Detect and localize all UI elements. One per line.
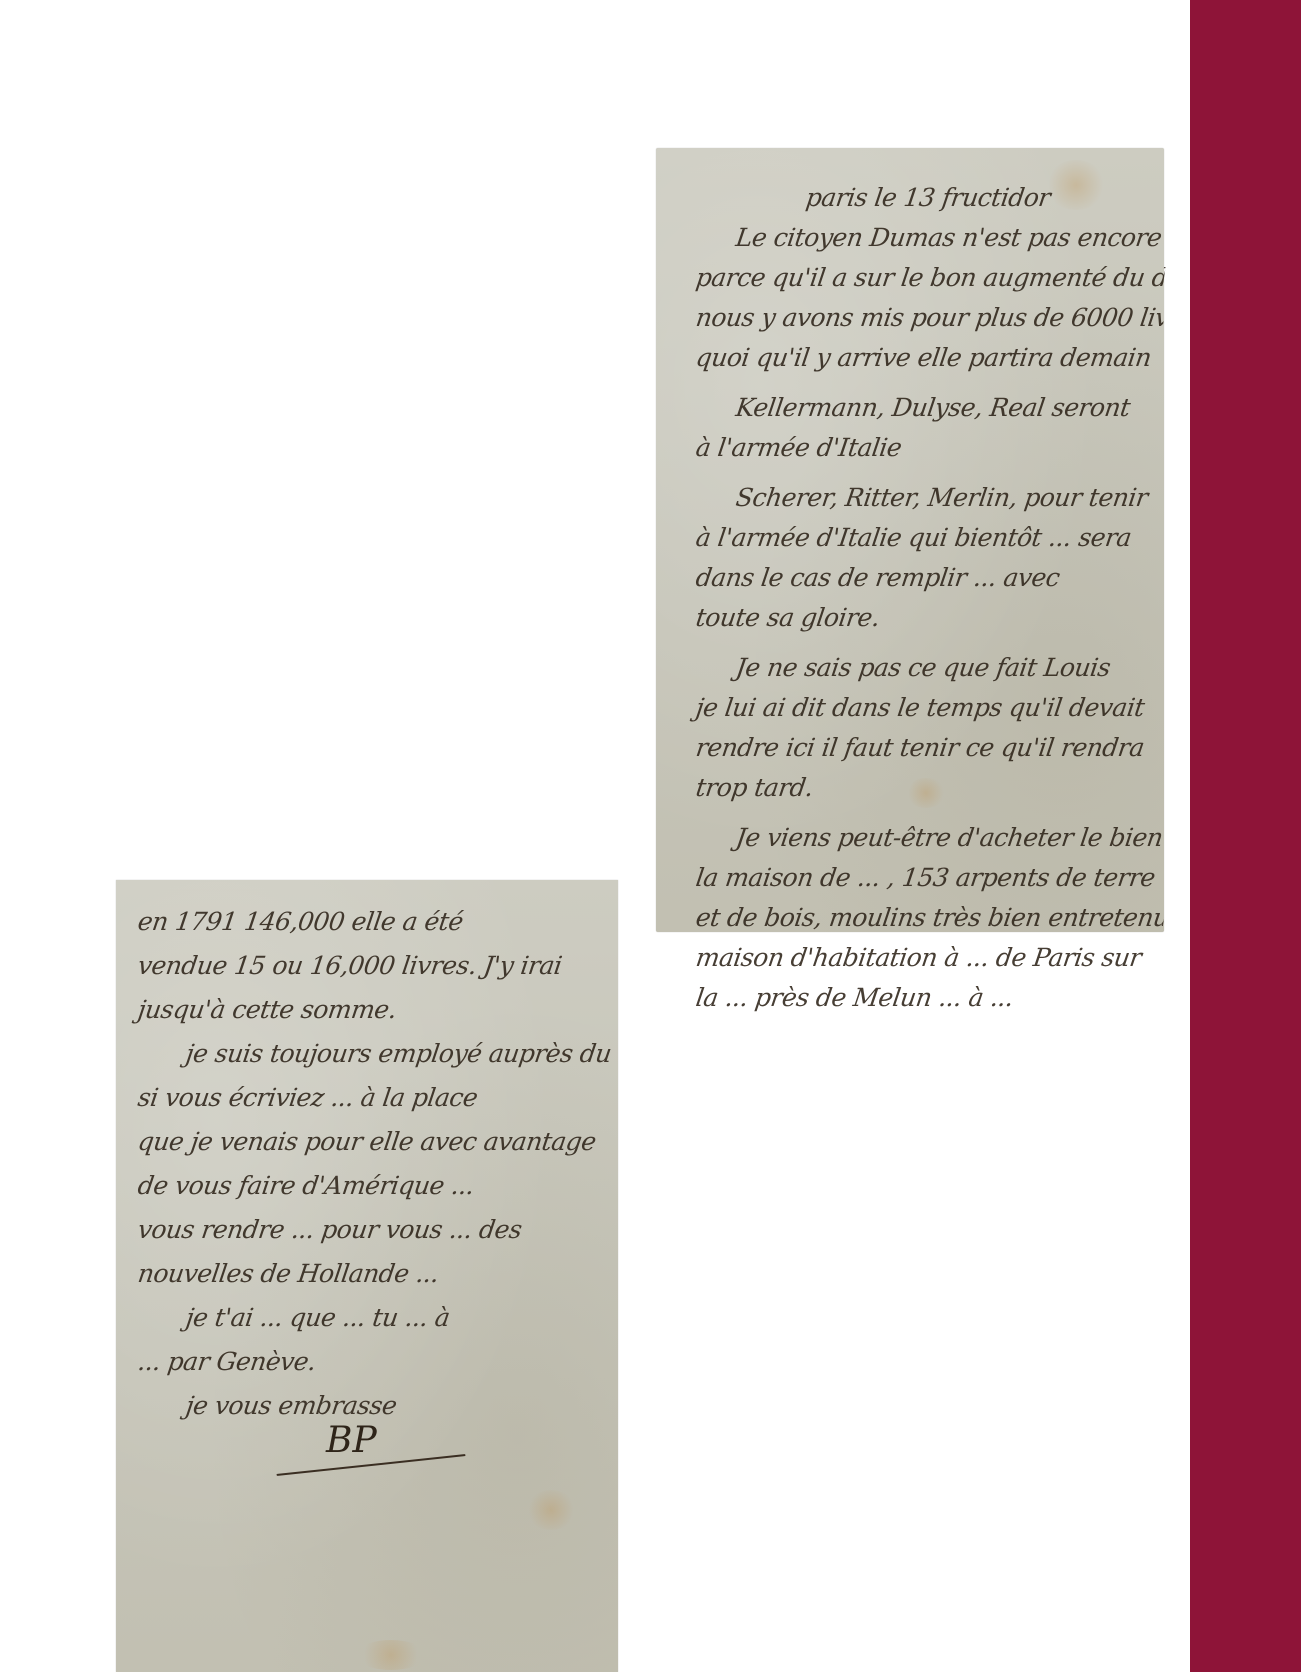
- handwritten-line: vous rendre ... pour vous ... des: [113, 1208, 621, 1252]
- handwritten-line: vendue 15 ou 16,000 livres. J'y irai: [113, 944, 621, 988]
- signature-initials: BP: [326, 1420, 377, 1461]
- handwritten-line: que je venais pour elle avec avantage: [113, 1120, 621, 1164]
- handwritten-line: je suis toujours employé auprès du minis…: [113, 1032, 621, 1076]
- handwritten-line: maison d'habitation à ... de Paris sur: [653, 938, 1167, 978]
- handwritten-text: en 1791 146,000 elle a été vendue 15 ou …: [116, 900, 618, 1428]
- handwritten-line: parce qu'il a sur le bon augmenté du dou…: [653, 258, 1167, 298]
- handwritten-line: nous y avons mis pour plus de 6000 livre…: [653, 298, 1167, 338]
- handwritten-line: trop tard.: [653, 768, 1167, 808]
- handwritten-line: je t'ai ... que ... tu ... à: [113, 1296, 621, 1340]
- handwritten-line: la ... près de Melun ... à ...: [653, 978, 1167, 1018]
- manuscript-page-right: paris le 13 fructidor Le citoyen Dumas n…: [656, 148, 1164, 932]
- paper-stain: [526, 1490, 576, 1530]
- handwritten-line: à l'armée d'Italie: [653, 428, 1167, 468]
- handwritten-line: jusqu'à cette somme.: [113, 988, 621, 1032]
- handwritten-line: ... par Genève.: [113, 1340, 621, 1384]
- signature: BP: [276, 1420, 476, 1490]
- handwritten-line: rendre ici il faut tenir ce qu'il rendra: [653, 728, 1167, 768]
- handwritten-line: je lui ai dit dans le temps qu'il devait: [653, 688, 1167, 728]
- handwritten-line: en 1791 146,000 elle a été: [113, 900, 621, 944]
- manuscript-page-left: en 1791 146,000 elle a été vendue 15 ou …: [116, 880, 618, 1672]
- handwritten-line: Je viens peut-être d'acheter le bien de: [653, 818, 1167, 858]
- date-line: paris le 13 fructidor: [653, 178, 1167, 218]
- handwritten-line: Scherer, Ritter, Merlin, pour tenir: [653, 478, 1167, 518]
- handwritten-line: toute sa gloire.: [653, 598, 1167, 638]
- handwritten-line: quoi qu'il y arrive elle partira demain: [653, 338, 1167, 378]
- handwritten-line: et de bois, moulins très bien entretenus: [653, 898, 1167, 938]
- paper-stain: [356, 1640, 426, 1670]
- handwritten-line: la maison de ... , 153 arpents de terre: [653, 858, 1167, 898]
- accent-bar: [1190, 0, 1301, 1672]
- handwritten-line: nouvelles de Hollande ...: [113, 1252, 621, 1296]
- handwritten-line: dans le cas de remplir ... avec: [653, 558, 1167, 598]
- handwritten-line: Je ne sais pas ce que fait Louis: [653, 648, 1167, 688]
- handwritten-text: paris le 13 fructidor Le citoyen Dumas n…: [656, 178, 1164, 1018]
- handwritten-line: à l'armée d'Italie qui bientôt ... sera: [653, 518, 1167, 558]
- handwritten-line: Le citoyen Dumas n'est pas encore parti: [653, 218, 1167, 258]
- handwritten-line: Kellermann, Dulyse, Real seront: [653, 388, 1167, 428]
- handwritten-line: de vous faire d'Amérique ...: [113, 1164, 621, 1208]
- handwritten-line: si vous écriviez ... à la place: [113, 1076, 621, 1120]
